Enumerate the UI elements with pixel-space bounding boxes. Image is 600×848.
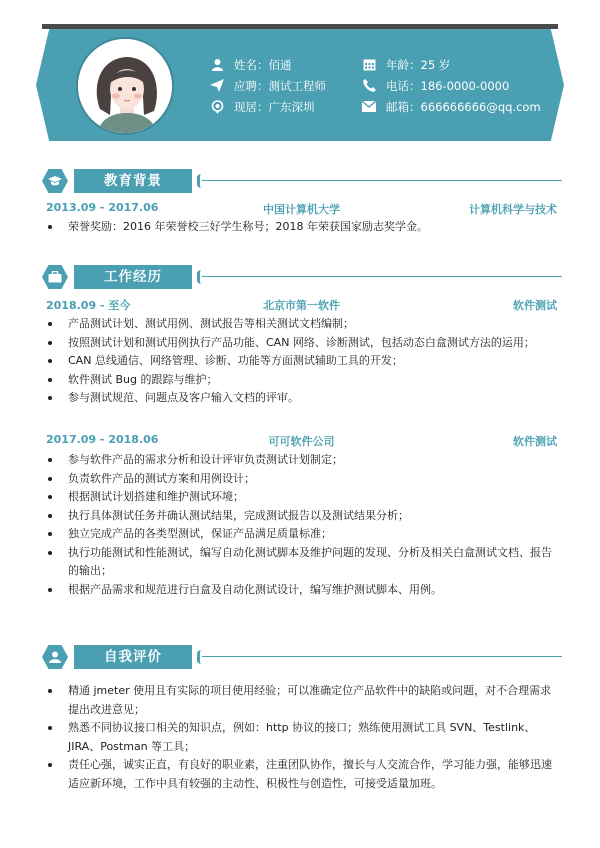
section-bracket bbox=[197, 650, 202, 664]
name-text: 姓名：佰通 bbox=[234, 57, 292, 73]
age-row: 年龄：25 岁 bbox=[360, 54, 541, 75]
list-item: 独立完成产品的各类型测试，保证产品满足质量标准； bbox=[46, 525, 558, 544]
list-item: 执行具体测试任务并确认测试结果，完成测试报告以及测试结果分析； bbox=[46, 507, 558, 526]
name-row: 姓名：佰通 bbox=[208, 54, 326, 75]
work-item-list-2: 参与软件产品的需求分析和设计评审负责测试计划制定； 负责软件产品的测试方案和用例… bbox=[46, 451, 558, 599]
person-icon bbox=[42, 645, 68, 669]
age-text: 年龄：25 岁 bbox=[386, 57, 450, 73]
person-icon bbox=[208, 58, 226, 72]
work-entry-header-1: 2018.09 - 至今 北京市第一软件 软件测试 bbox=[46, 297, 557, 313]
location-row: 现居：广东深圳 bbox=[208, 96, 326, 117]
list-item: 根据产品需求和规范进行白盒及自动化测试设计，编写维护测试脚本、用例。 bbox=[46, 581, 558, 600]
list-item: 按照测试计划和测试用例执行产品功能、CAN 网络、诊断测试，包括动态白盒测试方法… bbox=[46, 334, 558, 353]
work-item-list-1: 产品测试计划、测试用例、测试报告等相关测试文档编制； 按照测试计划和测试用例执行… bbox=[46, 315, 558, 408]
basic-info-right: 年龄：25 岁 电话：186-0000-0000 邮箱：666666666@qq… bbox=[360, 54, 541, 117]
list-item: 精通 jmeter 使用且有实际的项目使用经验；可以准确定位产品软件中的缺陷或问… bbox=[46, 682, 558, 719]
briefcase-icon bbox=[42, 265, 68, 289]
list-item: 软件测试 Bug 的跟踪与维护； bbox=[46, 371, 558, 390]
work-entry-header-2: 2017.09 - 2018.06 可可软件公司 软件测试 bbox=[46, 433, 557, 449]
work-section-header: 工作经历 bbox=[42, 265, 562, 289]
section-bracket bbox=[197, 270, 202, 284]
work-period-2: 2017.09 - 2018.06 bbox=[46, 433, 158, 449]
self-eval-section-header: 自我评价 bbox=[42, 645, 562, 669]
section-divider bbox=[202, 656, 562, 657]
phone-icon bbox=[360, 79, 378, 93]
list-item: CAN 总线通信、网络管理、诊断、功能等方面测试辅助工具的开发； bbox=[46, 352, 558, 371]
work-period-1: 2018.09 - 至今 bbox=[46, 297, 130, 313]
envelope-icon bbox=[360, 100, 378, 114]
list-item: 参与测试规范、问题点及客户输入文档的评审。 bbox=[46, 389, 558, 408]
list-item: 参与软件产品的需求分析和设计评审负责测试计划制定； bbox=[46, 451, 558, 470]
section-divider bbox=[202, 276, 562, 277]
education-entry-header: 2013.09 - 2017.06 中国计算机大学 计算机科学与技术 bbox=[46, 201, 557, 217]
graduation-cap-icon bbox=[42, 169, 68, 193]
work-role-1: 软件测试 bbox=[513, 297, 557, 313]
education-section-header: 教育背景 bbox=[42, 169, 562, 193]
calendar-icon bbox=[360, 58, 378, 72]
education-item-list: 荣誉奖励：2016 年荣誉校三好学生称号；2018 年荣获国家励志奖学金。 bbox=[46, 218, 558, 237]
list-item: 负责软件产品的测试方案和用例设计； bbox=[46, 470, 558, 489]
work-title: 工作经历 bbox=[74, 265, 192, 289]
header-top-bar bbox=[42, 24, 558, 29]
location-pin-icon bbox=[208, 100, 226, 114]
list-item: 责任心强，诚实正直，有良好的职业素，注重团队协作，擅长与人交流合作，学习能力强，… bbox=[46, 756, 558, 793]
section-divider bbox=[202, 180, 562, 181]
work-role-2: 软件测试 bbox=[513, 433, 557, 449]
email-text: 邮箱：666666666@qq.com bbox=[386, 99, 541, 115]
self-eval-title: 自我评价 bbox=[74, 645, 192, 669]
avatar bbox=[76, 37, 174, 135]
location-text: 现居：广东深圳 bbox=[234, 99, 315, 115]
list-item: 熟悉不同协议接口相关的知识点，例如：http 协议的接口；熟练使用测试工具 SV… bbox=[46, 719, 558, 756]
list-item: 执行功能测试和性能测试，编写自动化测试脚本及维护问题的发现、分析及相关白盒测试文… bbox=[46, 544, 558, 581]
job-row: 应聘：测试工程师 bbox=[208, 75, 326, 96]
education-period: 2013.09 - 2017.06 bbox=[46, 201, 158, 217]
education-major: 计算机科学与技术 bbox=[469, 201, 557, 217]
email-row: 邮箱：666666666@qq.com bbox=[360, 96, 541, 117]
self-eval-item-list: 精通 jmeter 使用且有实际的项目使用经验；可以准确定位产品软件中的缺陷或问… bbox=[46, 682, 558, 793]
job-text: 应聘：测试工程师 bbox=[234, 78, 326, 94]
phone-row: 电话：186-0000-0000 bbox=[360, 75, 541, 96]
section-bracket bbox=[197, 174, 202, 188]
phone-text: 电话：186-0000-0000 bbox=[386, 78, 509, 94]
list-item: 根据测试计划搭建和维护测试环境； bbox=[46, 488, 558, 507]
portrait-illustration-icon bbox=[78, 39, 174, 135]
paper-plane-icon bbox=[208, 79, 226, 93]
list-item: 荣誉奖励：2016 年荣誉校三好学生称号；2018 年荣获国家励志奖学金。 bbox=[46, 218, 558, 237]
list-item: 产品测试计划、测试用例、测试报告等相关测试文档编制； bbox=[46, 315, 558, 334]
education-title: 教育背景 bbox=[74, 169, 192, 193]
basic-info-left: 姓名：佰通 应聘：测试工程师 现居：广东深圳 bbox=[208, 54, 326, 117]
